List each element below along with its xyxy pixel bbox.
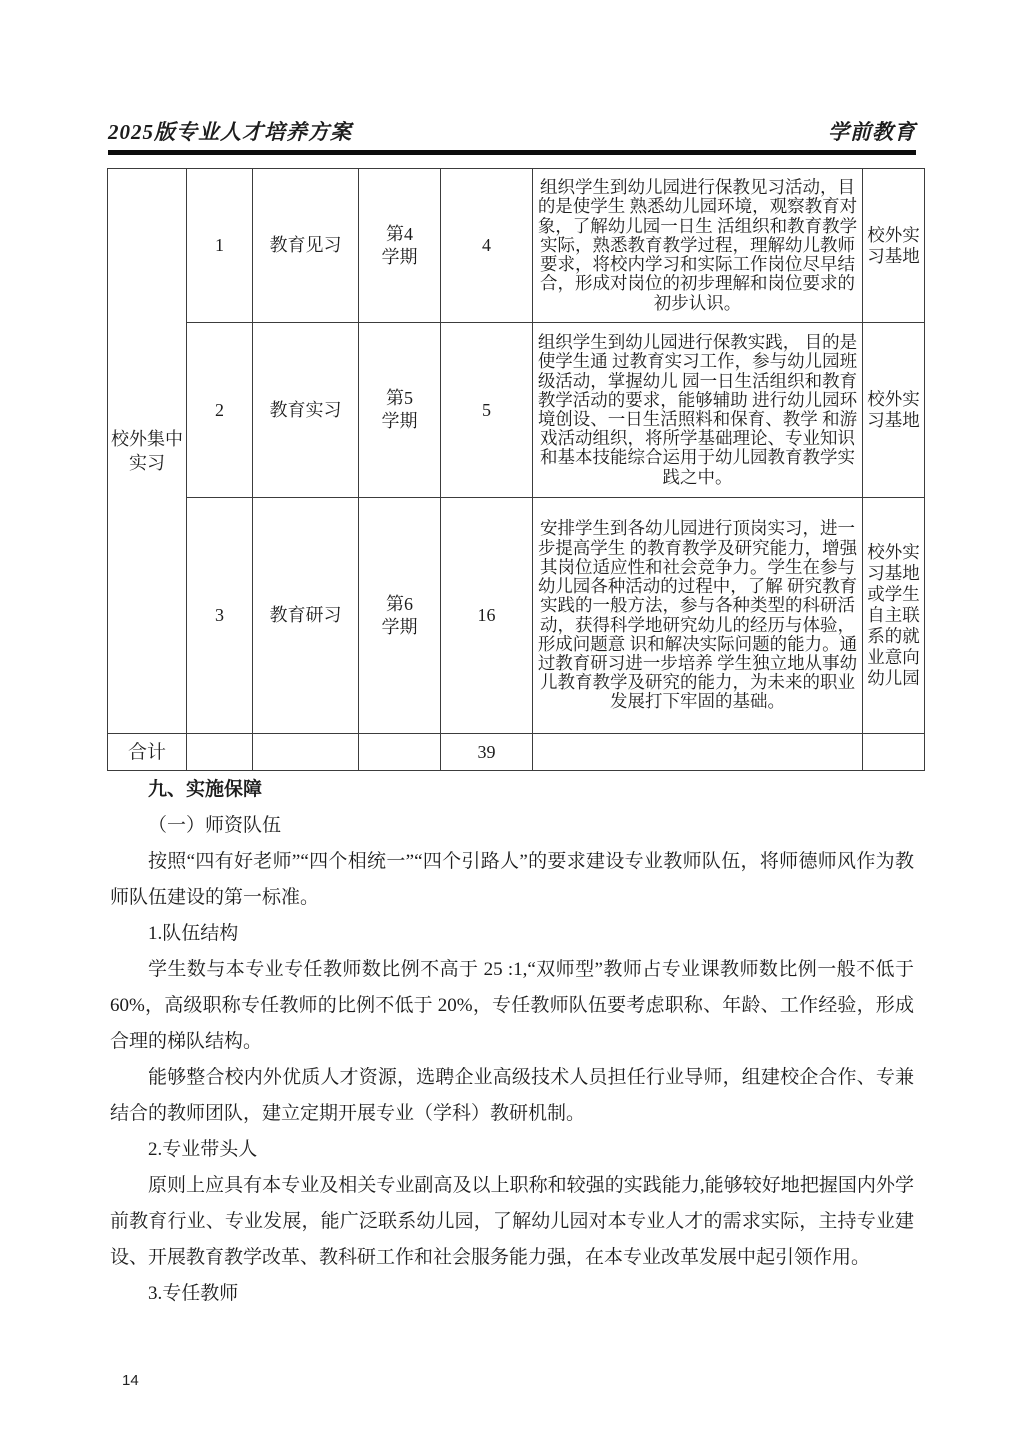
row-number-cell: 3 <box>187 498 253 734</box>
total-label-cell: 合计 <box>108 734 187 771</box>
subsection-heading-faculty-team: （一）师资队伍 <box>110 808 914 844</box>
row-number-cell: 1 <box>187 169 253 323</box>
description-cell: 组织学生到幼儿园进行保教见习活动，目的是使学生 熟悉幼儿园环境，观察教育对象，了… <box>533 169 863 323</box>
page-number: 14 <box>122 1372 139 1389</box>
paragraph-program-leader-requirements: 原则上应具有本专业及相关专业副高及以上职称和较强的实践能力,能够较好地把握国内外… <box>110 1168 914 1276</box>
body-content: 九、实施保障 （一）师资队伍 按照“四有好老师”“四个相统一”“四个引路人”的要… <box>110 772 914 1312</box>
description-cell: 组织学生到幼儿园进行保教实践， 目的是使学生通 过教育实习工作，参与幼儿园班级活… <box>533 323 863 498</box>
header-double-rule <box>108 150 916 155</box>
location-cell: 校外实习基地 <box>863 323 925 498</box>
semester-cell: 第5 学期 <box>359 323 441 498</box>
weeks-cell: 4 <box>441 169 533 323</box>
table-row: 3 教育研习 第6 学期 16 安排学生到各幼儿园进行顶岗实习，进一步提高学生 … <box>108 498 925 734</box>
empty-cell <box>253 734 359 771</box>
semester-cell: 第6 学期 <box>359 498 441 734</box>
table-row: 2 教育实习 第5 学期 5 组织学生到幼儿园进行保教实践， 目的是使学生通 过… <box>108 323 925 498</box>
table-total-row: 合计 39 <box>108 734 925 771</box>
row-number-cell: 2 <box>187 323 253 498</box>
header-right-title: 学前教育 <box>828 116 916 146</box>
section-heading-implementation-guarantee: 九、实施保障 <box>110 772 914 808</box>
location-cell: 校外实习基地或学生自主联系的就业意向幼儿园 <box>863 498 925 734</box>
semester-cell: 第4 学期 <box>359 169 441 323</box>
page-header: 2025版专业人才培养方案 学前教育 <box>108 116 916 146</box>
weeks-cell: 5 <box>441 323 533 498</box>
weeks-cell: 16 <box>441 498 533 734</box>
course-name-cell: 教育研习 <box>253 498 359 734</box>
empty-cell <box>359 734 441 771</box>
document-page: 2025版专业人才培养方案 学前教育 校外集中实习 1 教育见习 第4 学期 4… <box>0 0 1024 1448</box>
paragraph-team-ratio: 学生数与本专业专任教师数比例不高于 25 :1,“双师型”教师占专业课教师数比例… <box>110 952 914 1060</box>
header-left-title: 2025版专业人才培养方案 <box>108 116 352 146</box>
paragraph-faculty-standard: 按照“四有好老师”“四个相统一”“四个引路人”的要求建设专业教师队伍，将师德师风… <box>110 844 914 916</box>
internship-table: 校外集中实习 1 教育见习 第4 学期 4 组织学生到幼儿园进行保教见习活动，目… <box>107 168 925 771</box>
location-cell: 校外实习基地 <box>863 169 925 323</box>
empty-cell <box>863 734 925 771</box>
course-name-cell: 教育实习 <box>253 323 359 498</box>
description-cell: 安排学生到各幼儿园进行顶岗实习，进一步提高学生 的教育教学及研究能力，增强其岗位… <box>533 498 863 734</box>
empty-cell <box>533 734 863 771</box>
table-row: 校外集中实习 1 教育见习 第4 学期 4 组织学生到幼儿园进行保教见习活动，目… <box>108 169 925 323</box>
group-label-cell: 校外集中实习 <box>108 169 187 734</box>
subheading-fulltime-teachers: 3.专任教师 <box>110 1276 914 1312</box>
course-name-cell: 教育见习 <box>253 169 359 323</box>
paragraph-talent-integration: 能够整合校内外优质人才资源，选聘企业高级技术人员担任行业导师，组建校企合作、专兼… <box>110 1060 914 1132</box>
subheading-program-leader: 2.专业带头人 <box>110 1132 914 1168</box>
empty-cell <box>187 734 253 771</box>
subheading-team-structure: 1.队伍结构 <box>110 916 914 952</box>
total-weeks-cell: 39 <box>441 734 533 771</box>
